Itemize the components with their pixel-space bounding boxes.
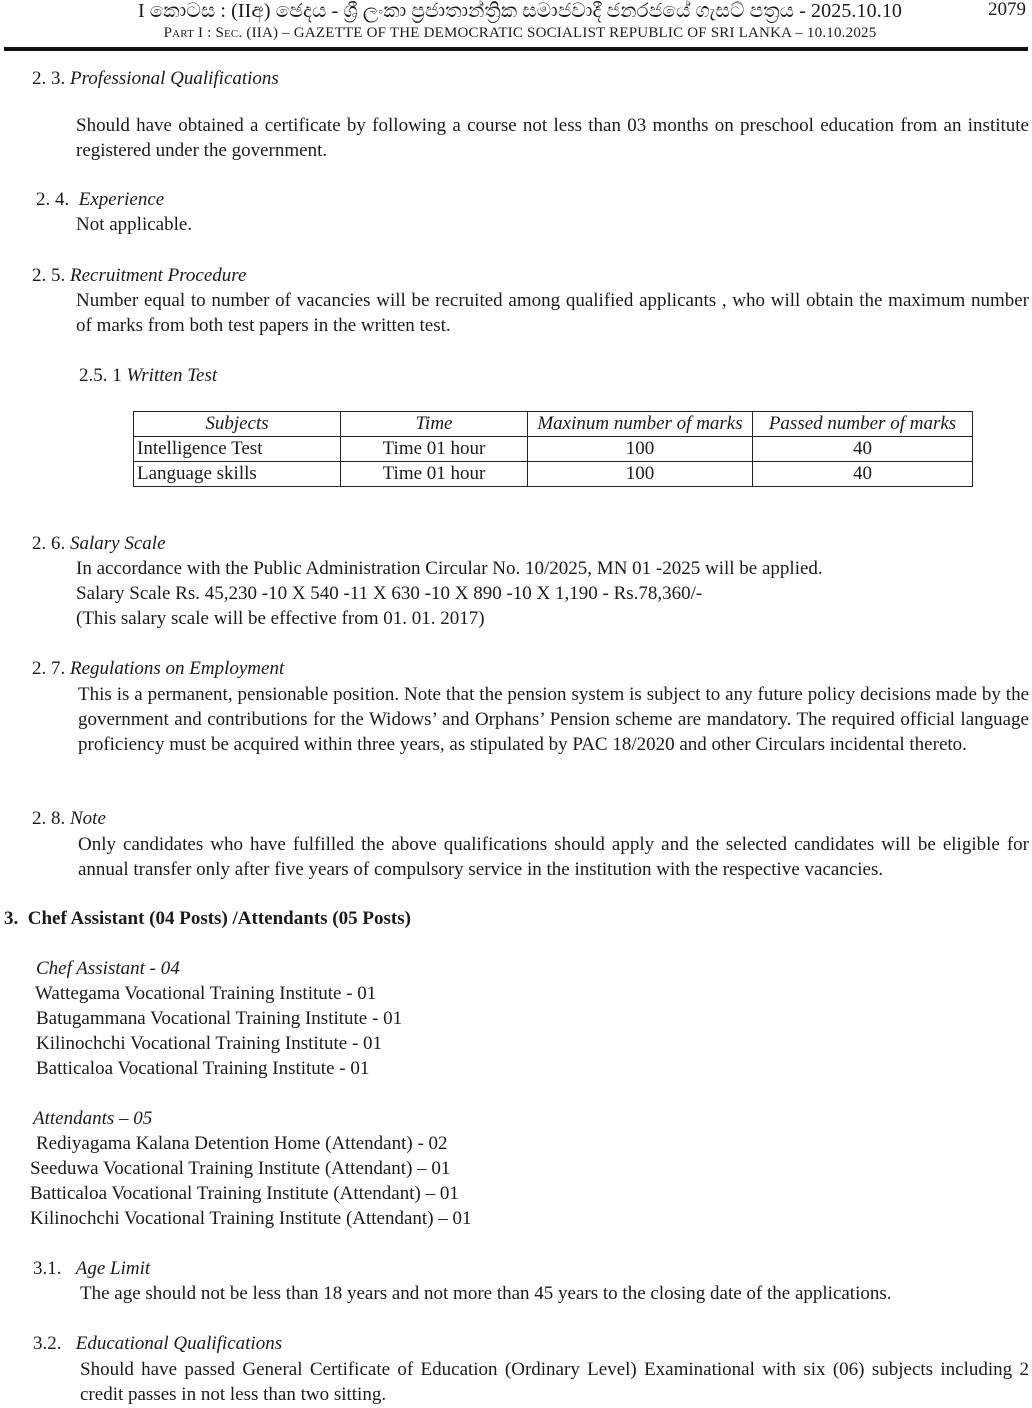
section-3-heading: 3. Chef Assistant (04 Posts) /Attendants… [4, 907, 411, 931]
page-number: 2079 [988, 0, 1026, 20]
list-item: Kilinochchi Vocational Training Institut… [36, 1032, 382, 1056]
list-item: Batticaloa Vocational Training Institute… [30, 1182, 459, 1206]
section-title: Experience [79, 189, 164, 210]
section-title: Regulations on Employment [70, 658, 284, 679]
section-title: Salary Scale [70, 533, 166, 554]
section-number: 2. 7. [32, 658, 65, 679]
section-title: Note [70, 808, 106, 829]
section-2-5-heading: 2. 5. Recruitment Procedure [32, 264, 246, 288]
table-row: Language skills Time 01 hour 100 40 [134, 462, 973, 487]
chef-assistant-heading: Chef Assistant - 04 [36, 957, 180, 981]
section-2-3-body: Should have obtained a certificate by fo… [76, 113, 1029, 163]
table-cell: 40 [753, 437, 973, 462]
list-item: Batticaloa Vocational Training Institute… [36, 1057, 369, 1081]
section-title: Chef Assistant (04 Posts) /Attendants (0… [28, 908, 411, 929]
section-number: 3. [4, 908, 18, 929]
table-cell: Time 01 hour [341, 462, 528, 487]
table-cell: Time 01 hour [341, 437, 528, 462]
attendants-heading: Attendants – 05 [33, 1107, 152, 1131]
salary-line-3: (This salary scale will be effective fro… [76, 607, 485, 631]
section-3-1-heading: 3.1. Age Limit [33, 1257, 150, 1281]
section-2-3-heading: 2. 3. Professional Qualifications [32, 67, 279, 91]
written-test-table: Subjects Time Maxinum number of marks Pa… [133, 411, 973, 487]
section-title: Professional Qualifications [70, 68, 279, 89]
section-2-5-1-heading: 2.5. 1 Written Test [79, 364, 217, 388]
section-2-8-body: Only candidates who have fulfilled the a… [78, 832, 1029, 882]
gazette-header-english: Part I : Sec. (IIA) – GAZETTE OF THE DEM… [100, 24, 940, 42]
section-2-7-body: This is a permanent, pensionable positio… [78, 682, 1029, 757]
section-title: Written Test [127, 365, 218, 386]
gazette-header-sinhala: I කොටස : (IIඅ) ඡෙදය - ශ්‍රී ලංකා ප්‍රජාත… [70, 0, 970, 22]
header-rule [4, 47, 1028, 51]
column-header: Maxinum number of marks [528, 412, 753, 437]
section-number: 2. 8. [32, 808, 65, 829]
table-cell: 100 [528, 437, 753, 462]
section-3-2-heading: 3.2. Educational Qualifications [33, 1332, 282, 1356]
column-header: Time [341, 412, 528, 437]
section-2-4-heading: 2. 4. Experience [36, 188, 164, 212]
section-2-7-heading: 2. 7. Regulations on Employment [32, 657, 284, 681]
section-number: 2. 6. [32, 533, 65, 554]
section-number: 2.5. 1 [79, 365, 122, 386]
column-header: Passed number of marks [753, 412, 973, 437]
table-row: Intelligence Test Time 01 hour 100 40 [134, 437, 973, 462]
table-cell: 40 [753, 462, 973, 487]
section-number: 2. 4. [36, 189, 69, 210]
column-header: Subjects [134, 412, 341, 437]
section-2-6-heading: 2. 6. Salary Scale [32, 532, 166, 556]
section-2-8-heading: 2. 8. Note [32, 807, 106, 831]
section-number: 3.1. [33, 1258, 62, 1279]
table-cell: 100 [528, 462, 753, 487]
section-title: Educational Qualifications [76, 1333, 282, 1354]
list-item: Rediyagama Kalana Detention Home (Attend… [36, 1132, 448, 1156]
section-number: 2. 5. [32, 265, 65, 286]
list-item: Seeduwa Vocational Training Institute (A… [30, 1157, 450, 1181]
list-item: Kilinochchi Vocational Training Institut… [30, 1207, 472, 1231]
section-3-1-body: The age should not be less than 18 years… [80, 1282, 892, 1306]
table-cell: Language skills [134, 462, 341, 487]
section-number: 3.2. [33, 1333, 62, 1354]
section-2-4-body: Not applicable. [76, 213, 192, 237]
section-title: Age Limit [76, 1258, 150, 1279]
section-number: 2. 3. [32, 68, 65, 89]
section-2-5-body: Number equal to number of vacancies will… [76, 288, 1029, 338]
table-header-row: Subjects Time Maxinum number of marks Pa… [134, 412, 973, 437]
section-3-2-body: Should have passed General Certificate o… [80, 1357, 1029, 1407]
salary-line-2: Salary Scale Rs. 45,230 -10 X 540 -11 X … [76, 582, 702, 606]
section-title: Recruitment Procedure [70, 265, 246, 286]
list-item: Wattegama Vocational Training Institute … [35, 982, 376, 1006]
list-item: Batugammana Vocational Training Institut… [36, 1007, 402, 1031]
table-cell: Intelligence Test [134, 437, 341, 462]
salary-line-1: In accordance with the Public Administra… [76, 557, 823, 581]
